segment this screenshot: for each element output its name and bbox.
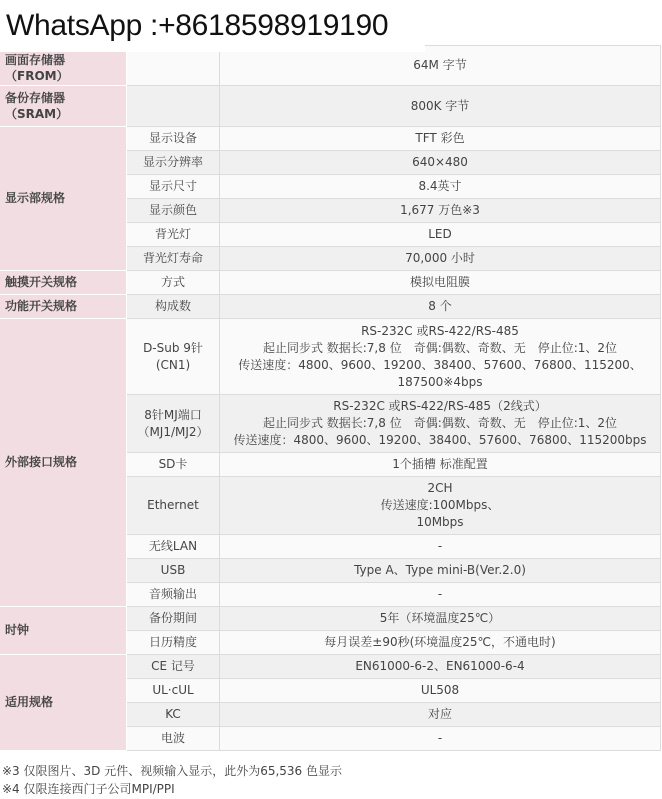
footnotes: ※3 仅限图片、3D 元件、视频输入显示，此外为65,536 色显示 ※4 仅限… bbox=[2, 762, 342, 798]
value-cell: 800K 字节 bbox=[220, 86, 661, 127]
value-cell: UL508 bbox=[220, 679, 661, 703]
table-row: 显示部规格 显示设备 TFT 彩色 bbox=[1, 127, 661, 151]
sub-cell: 8针MJ端口 （MJ1/MJ2） bbox=[127, 395, 220, 453]
sub-cell: Ethernet bbox=[127, 477, 220, 535]
spec-table: 画面存储器 （FROM） 64M 字节 备份存储器 （SRAM） 800K 字节… bbox=[0, 45, 661, 751]
category-label: 备份存储器 （SRAM） bbox=[5, 90, 122, 122]
table-row: 适用规格 CE 记号 EN61000-6-2、EN61000-6-4 bbox=[1, 655, 661, 679]
category-label: 画面存储器 （FROM） bbox=[5, 48, 122, 84]
sub-cell: 构成数 bbox=[127, 295, 220, 319]
table-row: 备份存储器 （SRAM） 800K 字节 bbox=[1, 86, 661, 127]
footnote-3: ※3 仅限图片、3D 元件、视频输入显示，此外为65,536 色显示 bbox=[2, 762, 342, 780]
table-row: 外部接口规格 D-Sub 9针 (CN1) RS-232C 或RS-422/RS… bbox=[1, 319, 661, 395]
sub-cell: SD卡 bbox=[127, 453, 220, 477]
value-cell: - bbox=[220, 583, 661, 607]
value-cell: 70,000 小时 bbox=[220, 247, 661, 271]
sub-cell: 备份期间 bbox=[127, 607, 220, 631]
value-cell: TFT 彩色 bbox=[220, 127, 661, 151]
value-cell: 1个插槽 标准配置 bbox=[220, 453, 661, 477]
category-external-interface: 外部接口规格 bbox=[1, 319, 127, 607]
value-cell: 8.4英寸 bbox=[220, 175, 661, 199]
sub-cell: 显示设备 bbox=[127, 127, 220, 151]
table-row: 时钟 备份期间 5年（环境温度25℃） bbox=[1, 607, 661, 631]
category-function-switch: 功能开关规格 bbox=[1, 295, 127, 319]
table-row: 触摸开关规格 方式 模拟电阻膜 bbox=[1, 271, 661, 295]
sub-cell: 日历精度 bbox=[127, 631, 220, 655]
value-cell: EN61000-6-2、EN61000-6-4 bbox=[220, 655, 661, 679]
category-sram: 备份存储器 （SRAM） bbox=[1, 86, 127, 127]
sub-cell: D-Sub 9针 (CN1) bbox=[127, 319, 220, 395]
whatsapp-watermark: WhatsApp :+8618598919190 bbox=[0, 0, 425, 52]
footnote-4: ※4 仅限连接西门子公司MPI/PPI bbox=[2, 780, 342, 798]
value-cell: LED bbox=[220, 223, 661, 247]
value-cell: 2CH 传送速度:100Mbps、 10Mbps bbox=[220, 477, 661, 535]
sub-cell: KC bbox=[127, 703, 220, 727]
category-display: 显示部规格 bbox=[1, 127, 127, 271]
table-row: 功能开关规格 构成数 8 个 bbox=[1, 295, 661, 319]
value-cell: 5年（环境温度25℃） bbox=[220, 607, 661, 631]
value-cell: - bbox=[220, 535, 661, 559]
sub-cell: 显示颜色 bbox=[127, 199, 220, 223]
value-cell: RS-232C 或RS-422/RS-485 起止同步式 数据长:7,8 位 奇… bbox=[220, 319, 661, 395]
sub-cell: 无线LAN bbox=[127, 535, 220, 559]
value-cell: - bbox=[220, 727, 661, 751]
category-clock: 时钟 bbox=[1, 607, 127, 655]
sub-cell: 电波 bbox=[127, 727, 220, 751]
value-cell: Type A、Type mini-B(Ver.2.0) bbox=[220, 559, 661, 583]
sub-cell: UL·cUL bbox=[127, 679, 220, 703]
sub-cell bbox=[127, 86, 220, 127]
value-cell: 每月误差±90秒(环境温度25℃，不通电时) bbox=[220, 631, 661, 655]
sub-cell: 显示分辨率 bbox=[127, 151, 220, 175]
sub-cell: 背光灯寿命 bbox=[127, 247, 220, 271]
value-cell: 模拟电阻膜 bbox=[220, 271, 661, 295]
sub-cell: 音频输出 bbox=[127, 583, 220, 607]
value-cell: 对应 bbox=[220, 703, 661, 727]
value-cell: 640×480 bbox=[220, 151, 661, 175]
sub-cell: 显示尺寸 bbox=[127, 175, 220, 199]
value-cell: 1,677 万色※3 bbox=[220, 199, 661, 223]
value-cell: 8 个 bbox=[220, 295, 661, 319]
sub-cell: 方式 bbox=[127, 271, 220, 295]
sub-cell: CE 记号 bbox=[127, 655, 220, 679]
sub-cell: 背光灯 bbox=[127, 223, 220, 247]
category-touch: 触摸开关规格 bbox=[1, 271, 127, 295]
value-cell: RS-232C 或RS-422/RS-485（2线式） 起止同步式 数据长:7,… bbox=[220, 395, 661, 453]
sub-cell: USB bbox=[127, 559, 220, 583]
category-standards: 适用规格 bbox=[1, 655, 127, 751]
